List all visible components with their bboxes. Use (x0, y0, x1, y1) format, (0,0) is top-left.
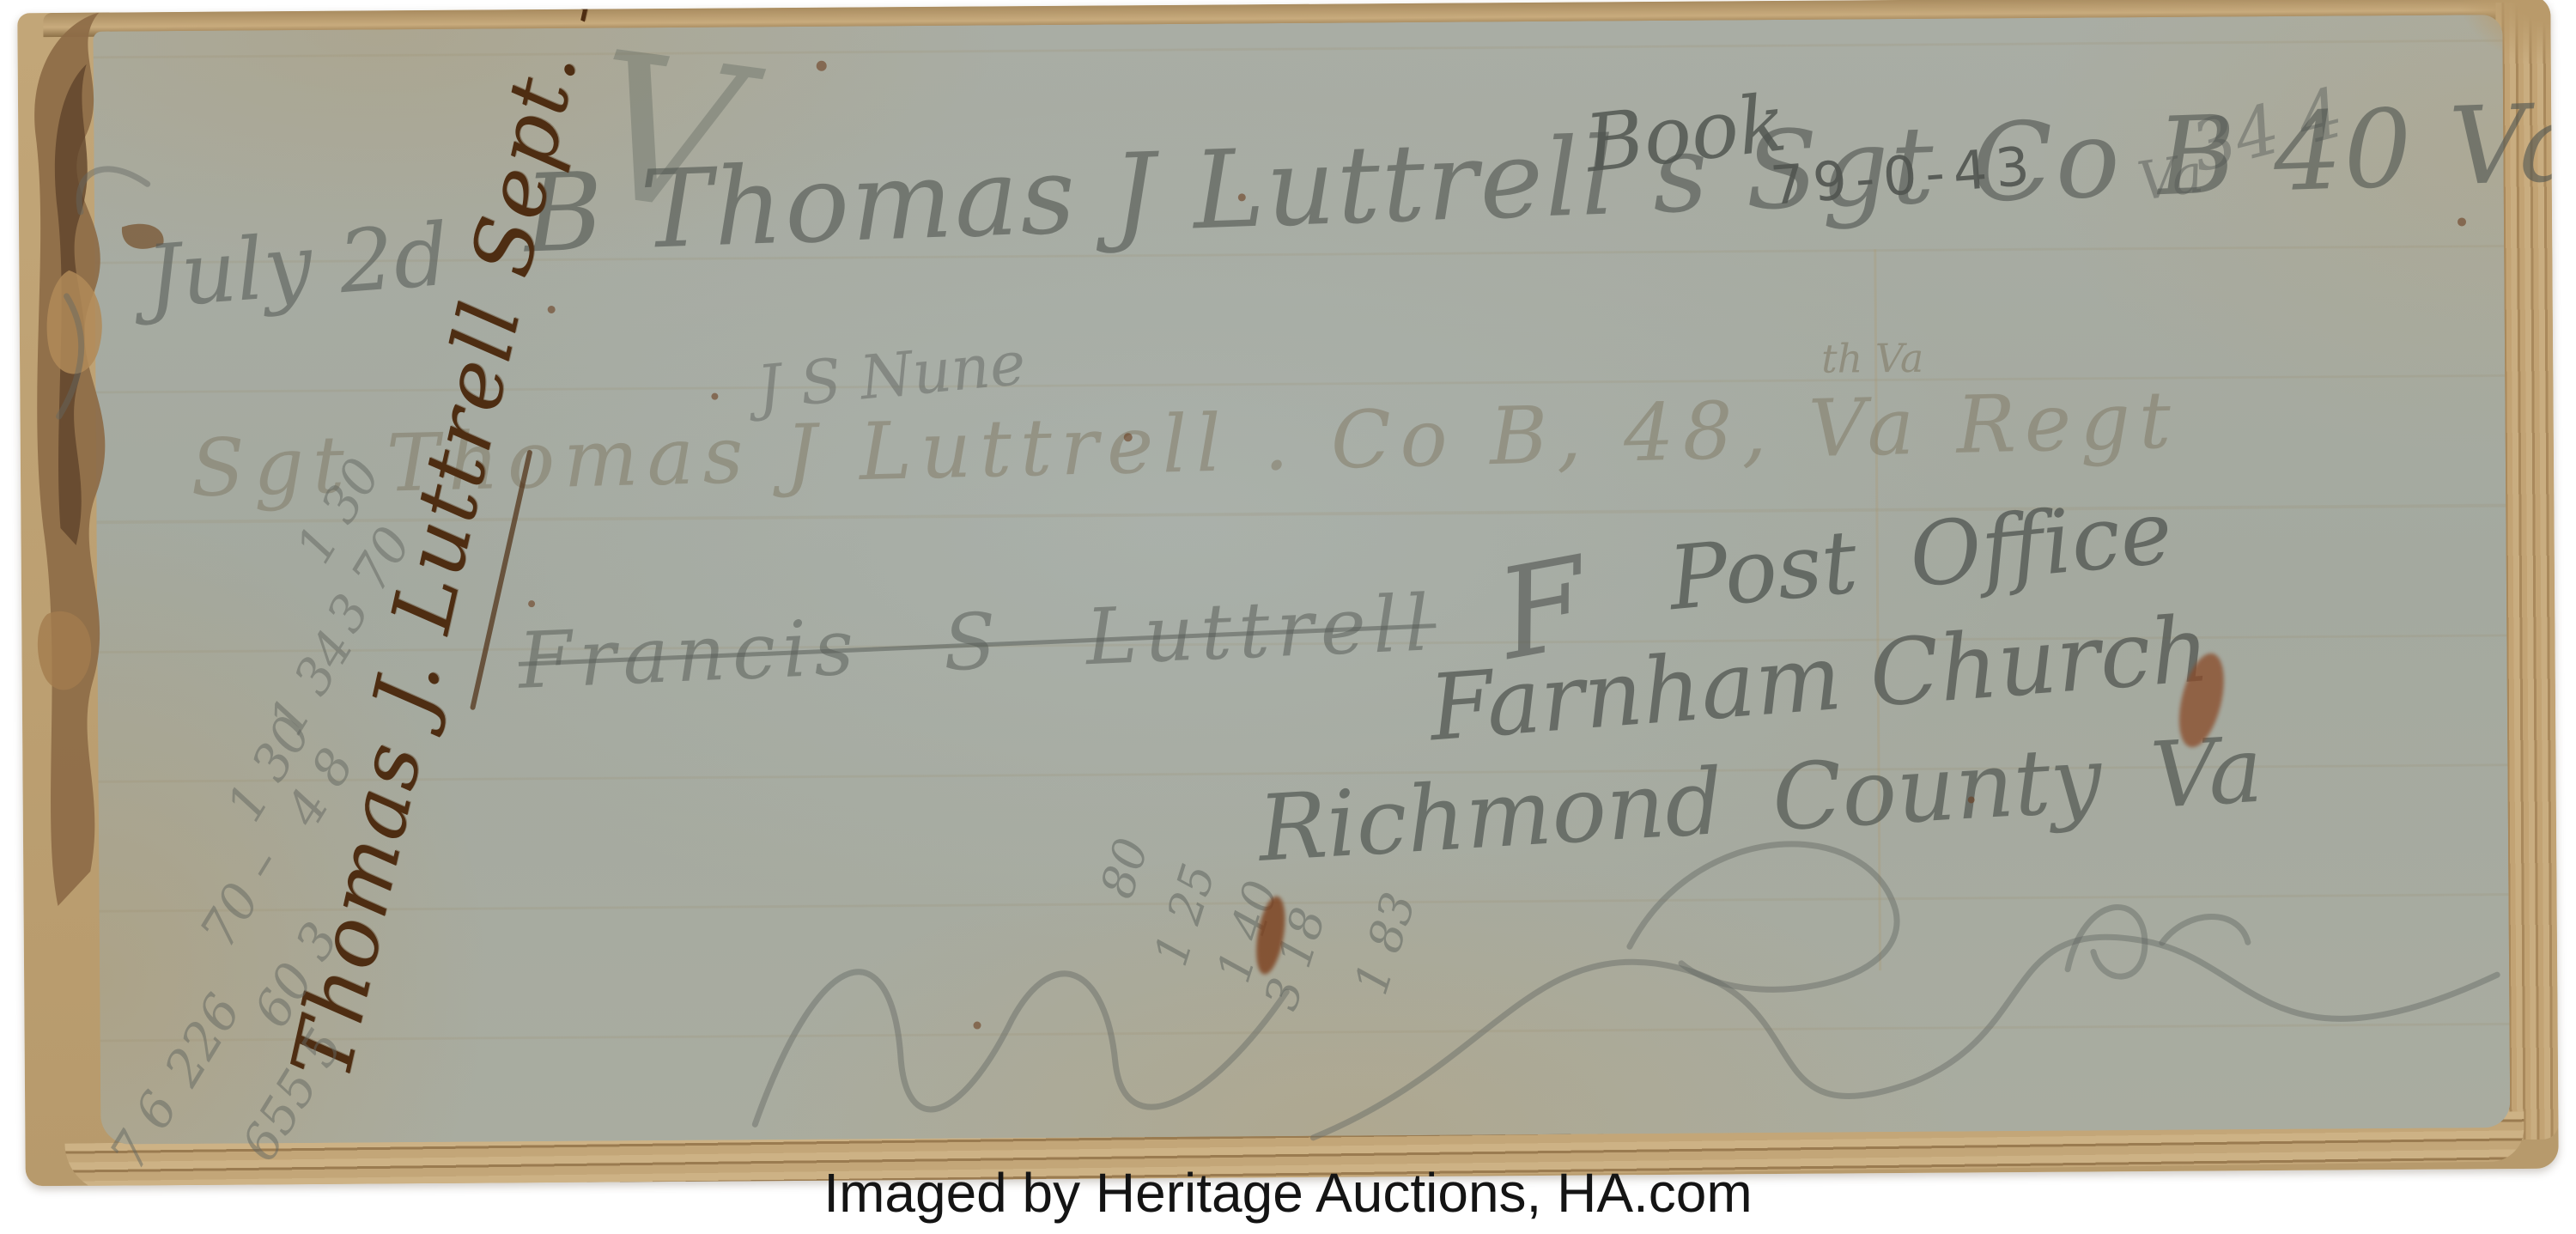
foxing-speck (711, 393, 718, 400)
foxing-speck (817, 61, 827, 71)
auction-photo: V Book 79-0-43 34 4 July 2d B Thomas J L… (0, 0, 2576, 1234)
title-overwrite: Va (2134, 142, 2208, 213)
foxing-speck (1238, 193, 1246, 201)
foxing-speck (1968, 796, 1975, 803)
worn-corner (2459, 0, 2555, 64)
foxing-speck (548, 306, 556, 313)
foxing-speck (528, 600, 535, 607)
account-book: V Book 79-0-43 34 4 July 2d B Thomas J L… (17, 0, 2558, 1186)
photo-credit-caption: Imaged by Heritage Auctions, HA.com (0, 1161, 2576, 1225)
second-line-superscript: th Va (1821, 335, 1924, 382)
foxing-speck (973, 1022, 981, 1030)
foxing-speck (2458, 217, 2466, 226)
foxing-speck (1124, 433, 1133, 441)
